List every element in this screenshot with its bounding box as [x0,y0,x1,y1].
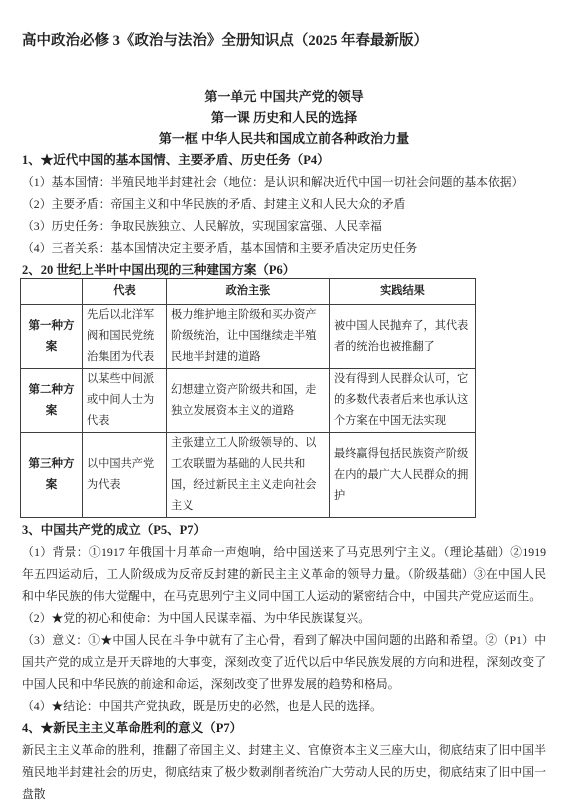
table-header-political-claim: 政治主张 [167,279,330,305]
table-row-plan-1: 第一种方案 先后以北洋军阀和国民党统治集团为代表 极力维护地主阶级和买办资产阶级… [21,305,476,369]
topic1-heading: 1、★近代中国的基本国情、主要矛盾、历史任务（P4） [22,149,546,171]
table-cell: 极力维护地主阶级和买办资产阶级统治，让中国继续走半殖民地半封建的道路 [167,305,330,369]
topic3-item-3: （3）意义：①★中国人民在斗争中就有了主心骨，看到了解决中国问题的出路和希望。②… [22,629,546,695]
table-header-practice-result: 实践结果 [330,279,476,305]
table-row-plan-3: 第三种方案 以中国共产党为代表 主张建立工人阶级领导的、以工农联盟为基础的人民共… [21,433,476,518]
topic3-item-2: （2）★党的初心和使命：为中国人民谋幸福、为中华民族谋复兴。 [22,607,546,629]
table-header-representative: 代表 [83,279,167,305]
table-cell: 幻想建立资产阶级共和国，走独立发展资本主义的道路 [167,369,330,433]
frame-heading: 第一框 中华人民共和国成立前各种政治力量 [22,128,546,149]
topic1-item-4: （4）三者关系：基本国情决定主要矛盾，基本国情和主要矛盾决定历史任务 [22,237,546,259]
topic3-item-1: （1）背景：①1917 年俄国十月革命一声炮响，给中国送来了马克思列宁主义。（理… [22,541,546,607]
unit-heading: 第一单元 中国共产党的领导 [22,86,546,107]
table-cell: 第一种方案 [21,305,83,369]
table-cell: 以中国共产党为代表 [83,433,167,518]
topic1-item-3: （3）历史任务：争取民族独立、人民解放，实现国家富强、人民幸福 [22,215,546,237]
table-header-empty [21,279,83,305]
topic1-item-1: （1）基本国情：半殖民地半封建社会（地位：是认识和解决近代中国一切社会问题的基本… [22,171,546,193]
table-cell: 以某些中间派或中间人士为代表 [83,369,167,433]
table-cell: 最终赢得包括民族资产阶级在内的最广大人民群众的拥护 [330,433,476,518]
table-cell: 第三种方案 [21,433,83,518]
topic3-heading: 3、中国共产党的成立（P5、P7） [22,519,546,541]
document-title: 高中政治必修 3《政治与法治》全册知识点（2025 年春最新版） [22,30,546,52]
lesson-heading: 第一课 历史和人民的选择 [22,107,546,128]
topic4-paragraph: 新民主主义革命的胜利，推翻了帝国主义、封建主义、官僚资本主义三座大山，彻底结束了… [22,739,546,800]
topic4-heading: 4、★新民主主义革命胜利的意义（P7） [22,717,546,739]
topic1-item-2: （2）主要矛盾：帝国主义和中华民族的矛盾、封建主义和人民大众的矛盾 [22,193,546,215]
table-row-plan-2: 第二种方案 以某些中间派或中间人士为代表 幻想建立资产阶级共和国，走独立发展资本… [21,369,476,433]
table-cell: 主张建立工人阶级领导的、以工农联盟为基础的人民共和国，经过新民主主义走向社会主义 [167,433,330,518]
table-cell: 没有得到人民群众认可，它的多数代表者后来也承认这个方案在中国无法实现 [330,369,476,433]
document-page: 高中政治必修 3《政治与法治》全册知识点（2025 年春最新版） 第一单元 中国… [0,0,566,800]
table-header-row: 代表 政治主张 实践结果 [21,279,476,305]
founding-plans-table: 代表 政治主张 实践结果 第一种方案 先后以北洋军阀和国民党统治集团为代表 极力… [20,278,476,518]
table-cell: 先后以北洋军阀和国民党统治集团为代表 [83,305,167,369]
table-cell: 被中国人民抛弃了，其代表者的统治也被推翻了 [330,305,476,369]
table-cell: 第二种方案 [21,369,83,433]
topic3-item-4: （4）★结论：中国共产党执政，既是历史的必然，也是人民的选择。 [22,695,546,717]
